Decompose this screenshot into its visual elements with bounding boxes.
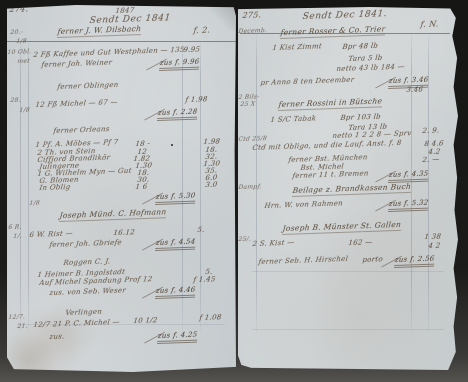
entry-note: 20.- (10, 30, 23, 36)
ink-speck (171, 144, 173, 146)
entry-amt: 16.12 (113, 229, 135, 237)
entry-amt: 3.46 (406, 86, 424, 94)
amount-column-rule (200, 41, 201, 333)
entry-amt: 5. (197, 227, 205, 234)
entry-note: Ctd 25/8 (238, 136, 267, 143)
entry-line: 1 S/C Tabak (270, 115, 317, 124)
entry-note: met (17, 59, 30, 65)
entry-amt: Bpr 103 lb (340, 114, 381, 122)
entry-amt: Bpr 48 lb (342, 43, 378, 51)
entry-sum: zus f. 9.96 (159, 59, 200, 71)
entry-line: 12 Fß Michel — 67 — (35, 99, 118, 109)
entry-note: Dampf. (238, 184, 262, 191)
entry-line: 2 Fß Kaffee und Gut Westphalen — 135 (33, 47, 185, 59)
entry-line: zus. (49, 333, 65, 341)
entry-note: 25/. (238, 237, 251, 243)
entry-line: ferner Orleans (53, 126, 110, 135)
entry-note: 1/8 (16, 39, 27, 45)
entry-amt: 2. 9. (422, 127, 440, 135)
ledger-page-right: 275. Sendt Dec 1841. f. N. Decemb.2 Bils… (238, 7, 458, 370)
entry-line: 1 Kist Zimmt (272, 43, 322, 52)
ledger-page-left: 274. 1847 Sendt Dec 1841 f. 2. 20.-1/810… (7, 5, 236, 372)
entry-amt: 3.0 (205, 182, 218, 189)
entry-sum: zus f. 4.25 (157, 332, 198, 344)
entry-line: ferner Oblingen (57, 82, 119, 91)
entry-amt: 1 6 (135, 184, 148, 191)
entry-line: Roggen C. J. (63, 258, 111, 267)
entry-line: zus. von Seb. Weser (49, 287, 126, 297)
entry-line: Hrn. W. von Rahmen (264, 200, 343, 210)
entry-line: 6 W. Rist — (29, 230, 73, 239)
bleed-through-rule (252, 271, 444, 272)
photo-backdrop: 274. 1847 Sendt Dec 1841 f. 2. 20.-1/810… (0, 0, 468, 382)
entry-line: ferner Joh. Gbriefe (49, 239, 122, 249)
folio-mark: f. 2. (193, 26, 211, 35)
entry-heading: Joseph B. Münster St. Gallen (282, 221, 402, 235)
entry-sum: zus f. 5.32 (388, 200, 429, 212)
entry-line: 2 S. Kist — (252, 240, 295, 248)
entry-note: 25 X (240, 101, 256, 108)
entry-heading: ferner Rosser & Co. Trier (280, 25, 386, 38)
entry-note: 6 R. (8, 225, 22, 231)
entry-line: netto 43 lb 184 — (336, 64, 405, 73)
page-number: 274. (9, 5, 29, 14)
entry-amt: 10 1/2 (133, 317, 158, 325)
entry-sum: zus f. 5.30 (155, 193, 196, 205)
folio-mark: f. N. (420, 20, 439, 29)
entry-amt: f 1.45 (193, 276, 216, 284)
entry-sum: zus f. 2.28 (157, 109, 198, 121)
entry-sum: zus f. 4.46 (155, 287, 196, 299)
entry-note: 1/8 (19, 108, 30, 114)
entry-heading: Beilage z. Brandkassen Buch (292, 183, 412, 197)
entry-note: 1/. (13, 234, 22, 240)
entry-note: 10 Obl. (7, 49, 32, 56)
entry-line: In Oblig (39, 184, 71, 192)
entry-amt: 1 38 (424, 233, 442, 241)
entry-heading: ferner J. W. Dilsbach (57, 25, 142, 37)
entry-note: 21. (17, 324, 28, 330)
entry-line: pr Anno 8 ten December (260, 77, 355, 87)
entry-line: ferner Joh. Weiner (41, 60, 112, 69)
margin-column-rule (20, 41, 21, 333)
entry-amt: 9.95 (183, 46, 201, 54)
header-ruled-line (7, 41, 236, 42)
entry-note: Decemb. (238, 28, 267, 35)
entry-line: Verlingen (65, 309, 102, 317)
page-number: 275. (242, 11, 262, 20)
entry-amt: Tara 5 lb (348, 55, 383, 63)
entry-line: Ctd mit Obligo, und die Lauf. Anst. f. 8 (252, 140, 402, 152)
entry-heading: ferner Rossini in Bütsche (278, 97, 383, 110)
entry-note: 28. (10, 98, 21, 104)
entry-amt: f 1.98 (185, 96, 208, 104)
entry-amt: porto (362, 256, 383, 264)
entry-amt: f 1.08 (199, 314, 222, 322)
entry-line: ferner Seb. H. Hirschel (258, 256, 348, 266)
entry-heading: Joseph Münd. C. Hofmann (59, 208, 167, 221)
entry-note: 12/7. (8, 314, 26, 321)
entry-amt: 162 — (348, 239, 373, 247)
entry-line: ferner 11 t. Bremen (292, 170, 369, 180)
entry-sum: zus f. 4.54 (155, 239, 196, 251)
header-date: Sendt Dec 1841. (302, 10, 388, 22)
entry-sum: zus f. 2.56 (394, 256, 435, 268)
bottom-frame-rule (252, 329, 444, 330)
margin-column-rule (28, 41, 29, 333)
entry-amt: 4 2 (428, 243, 441, 250)
entry-line: 12/7 21 P. C. Michel — (33, 319, 120, 329)
entry-line: Auf Michel Spandung Prof 12 (39, 276, 153, 287)
entry-note: 1/8 (29, 201, 40, 207)
entry-amt: 2. — (422, 156, 440, 164)
